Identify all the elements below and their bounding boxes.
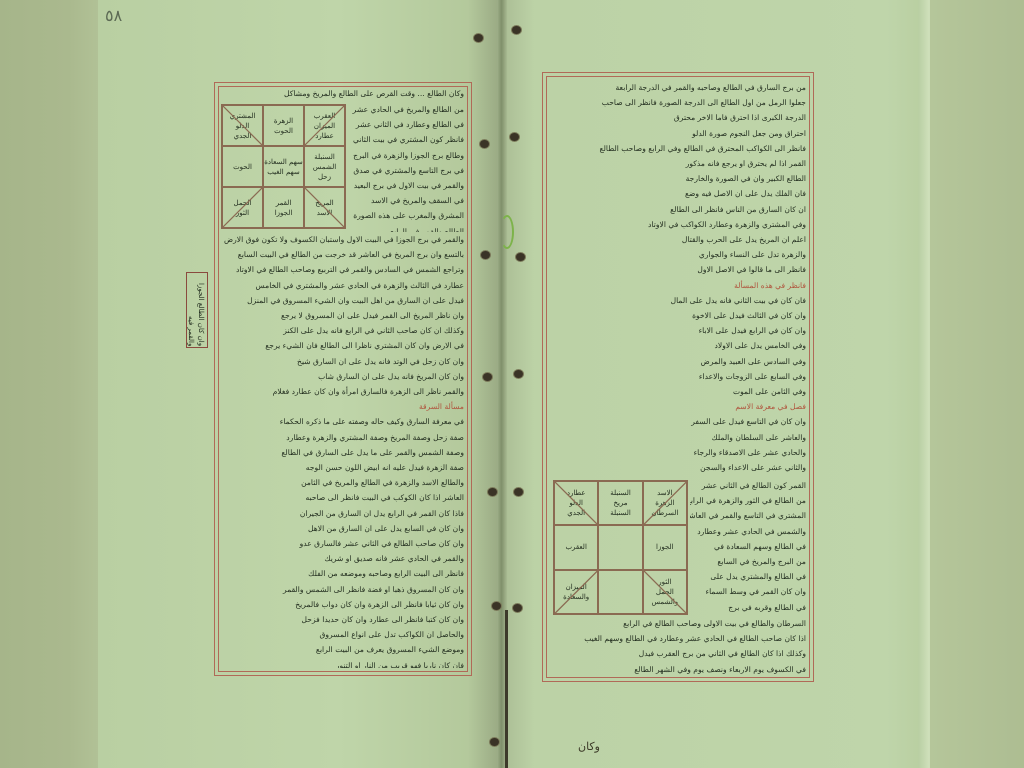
sewing-hole — [483, 373, 492, 381]
chart-cell-top-left: المشتريالدلوالجدي — [222, 105, 263, 146]
chart-cell-bottom-right: الثورالحملوالشمس — [643, 570, 687, 614]
sewing-hole — [488, 488, 497, 496]
chart-cell-center: سهم السعادةسهم الغيب — [263, 146, 304, 187]
chart-cell-bottom-left: الميزانوالسعادة — [554, 570, 598, 614]
folio-number: ٥٨ — [105, 6, 122, 25]
left-chart-side-text: من الطالع والمريخ في الحادي عشر في الطال… — [348, 102, 464, 232]
rubric-heading: فصل في معرفة الاسم — [548, 399, 806, 414]
sewing-hole — [516, 253, 525, 261]
rubric-heading: فانظر في هذه المسألة — [548, 278, 806, 293]
chart-cell-top-center: السنبلةمريخالسنبلة — [598, 481, 642, 525]
left-body-text: والقمر في برج الجوزا في البيت الاول واست… — [221, 232, 464, 668]
chart-cell-top-left: عطاردالدلوالجدي — [554, 481, 598, 525]
chart-cell-top-center: الزهرةالحوت — [263, 105, 304, 146]
sewing-hole — [474, 34, 483, 42]
chart-cell-bottom-center: القمرالجوزا — [263, 187, 304, 228]
chart-cell-middle-right: الجوزا — [643, 525, 687, 569]
right-body-text-bottom: السرطان والطالع في بيت الاولى وصاحب الطا… — [548, 616, 806, 678]
chart-cell-middle-left: العقرب — [554, 525, 598, 569]
left-header-line: وكان الطالع ... وقت القرص على الطالع وال… — [220, 89, 464, 98]
left-horoscope-chart: المشتريالدلوالجدي الزهرةالحوت العقربالمي… — [221, 104, 346, 229]
chart-cell-top-right: العقربالميزانعطارد — [304, 105, 345, 146]
sewing-hole — [513, 604, 522, 612]
rubric-heading: مسألة السرقة — [221, 399, 464, 414]
right-chart-side-text: القمر كون الطالع في الثاني عشر من الطالع… — [690, 478, 806, 618]
binding-thread — [500, 215, 514, 249]
chart-cell-middle-right: السنبلةالشمسزحل — [304, 146, 345, 187]
chart-cell-center — [598, 525, 642, 569]
spine-crack — [505, 610, 508, 768]
sewing-hole — [480, 140, 489, 148]
sewing-hole — [514, 370, 523, 378]
sewing-hole — [481, 251, 490, 259]
chart-cell-top-right: الاسدالزهرةالسرطان — [643, 481, 687, 525]
margin-annotation: وان كان الطالع الجوزا والقمر فيه — [186, 272, 208, 348]
sewing-hole — [510, 133, 519, 141]
right-margin-background — [930, 0, 1024, 768]
sewing-hole — [490, 738, 499, 746]
left-margin-background — [0, 0, 98, 768]
sewing-hole — [492, 602, 501, 610]
chart-cell-middle-left: الحوت — [222, 146, 263, 187]
chart-cell-bottom-center — [598, 570, 642, 614]
chart-cell-bottom-left: الحملالثور — [222, 187, 263, 228]
sewing-hole — [514, 488, 523, 496]
chart-cell-bottom-right: المريخالاسد — [304, 187, 345, 228]
right-horoscope-chart: عطاردالدلوالجدي السنبلةمريخالسنبلة الاسد… — [553, 480, 688, 615]
right-body-text-top: من برج السارق في الطالع وصاحبه والقمر في… — [548, 80, 806, 476]
catchword: وكان — [578, 740, 600, 753]
sewing-hole — [512, 26, 521, 34]
